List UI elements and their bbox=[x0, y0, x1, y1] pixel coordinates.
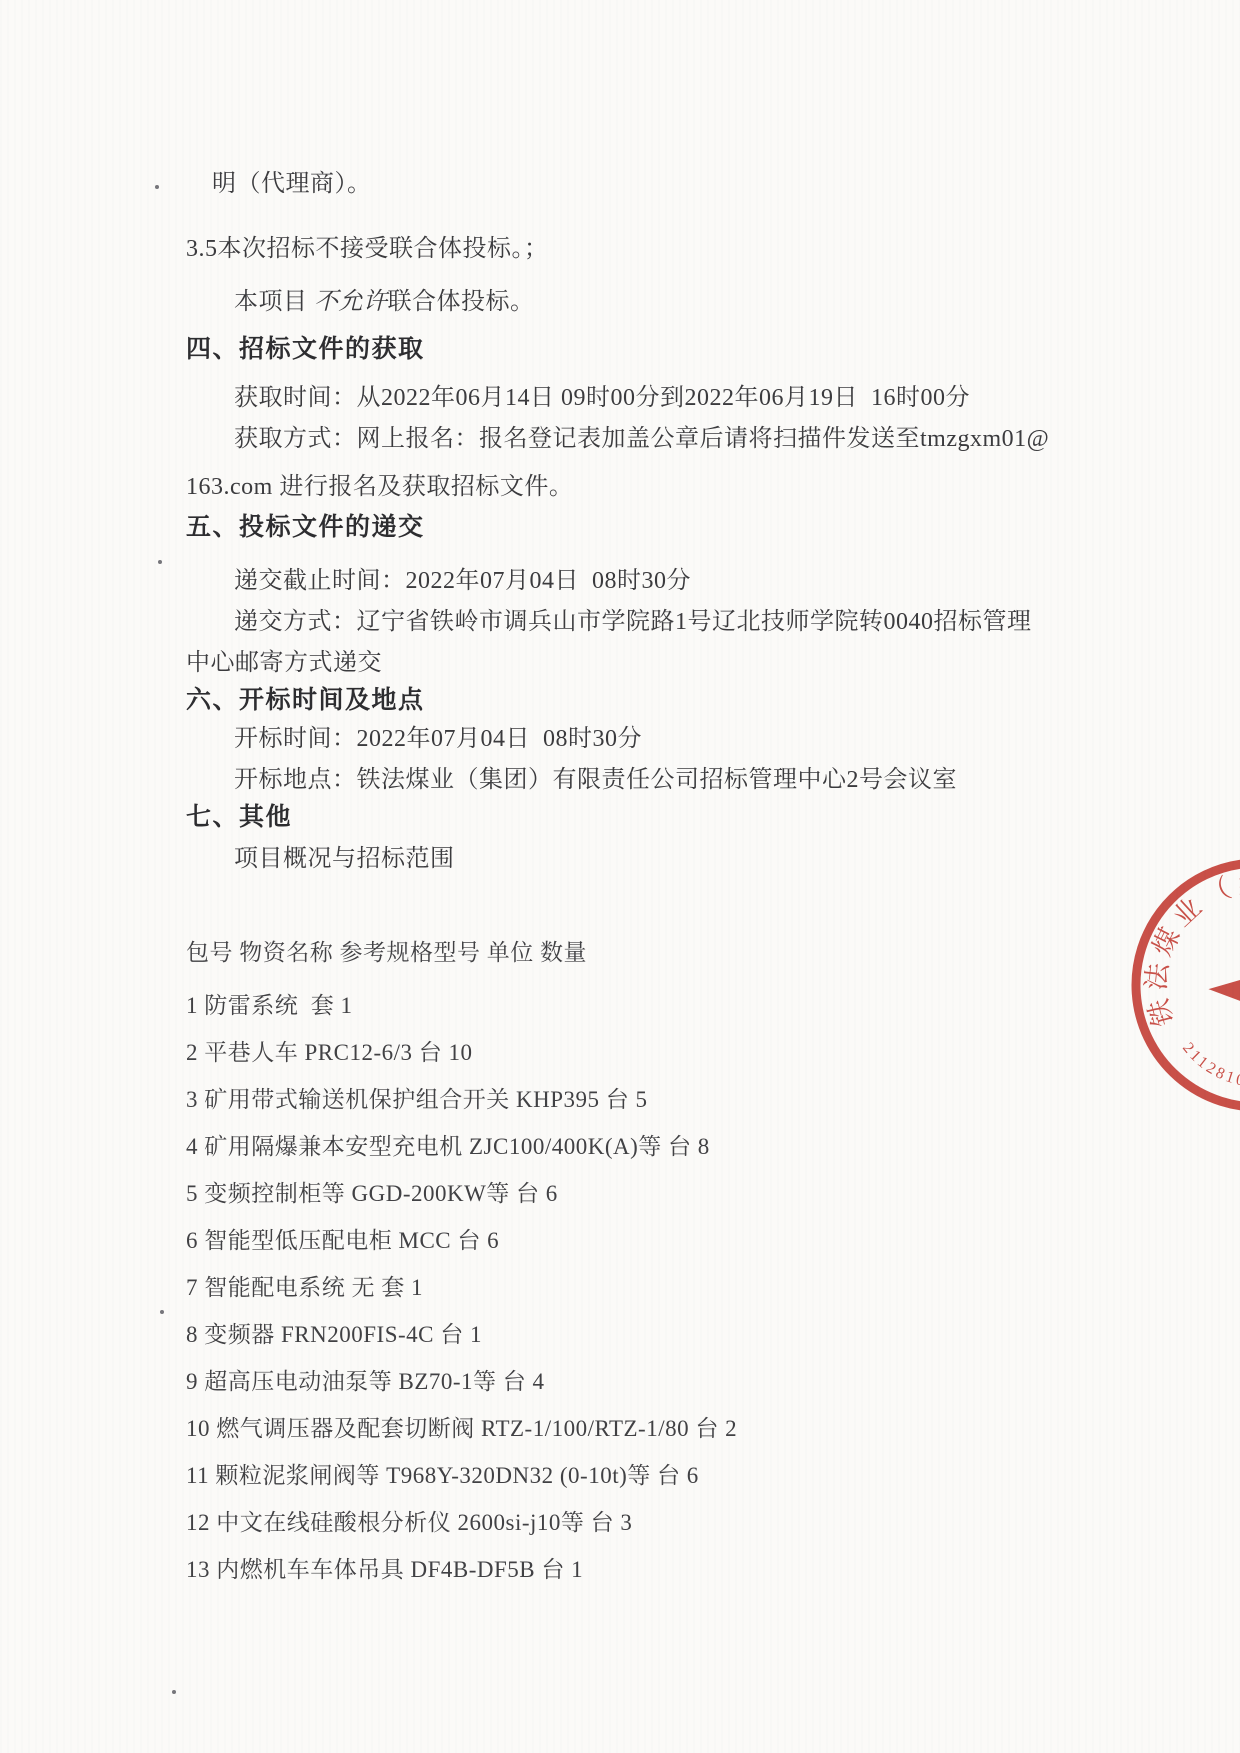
seal-star-icon bbox=[1199, 930, 1240, 1043]
document-line: 163.com 进行报名及获取招标文件。 bbox=[186, 471, 1136, 503]
document-line: 本项目 不允许联合体投标。 bbox=[234, 286, 1136, 318]
document-line: 获取方式：网上报名：报名登记表加盖公章后请将扫描件发送至tmzgxm01@ bbox=[234, 423, 1136, 455]
table-row: 5 变频控制柜等 GGD-200KW等 台 6 bbox=[186, 1178, 1136, 1210]
table-row: 8 变频器 FRN200FIS-4C 台 1 bbox=[186, 1319, 1136, 1351]
table-row: 3 矿用带式输送机保护组合开关 KHP395 台 5 bbox=[186, 1084, 1136, 1116]
text-segment: 本项目 bbox=[234, 289, 314, 315]
table-row: 1 防雷系统 套 1 bbox=[186, 990, 1136, 1022]
scan-speck bbox=[160, 1310, 164, 1314]
scan-speck bbox=[158, 560, 162, 564]
section-heading: 四、招标文件的获取 bbox=[186, 334, 1136, 366]
scan-speck bbox=[155, 185, 159, 189]
section-heading: 五、投标文件的递交 bbox=[186, 512, 1136, 544]
table-row: 11 颗粒泥浆闸阀等 T968Y-320DN32 (0-10t)等 台 6 bbox=[186, 1460, 1136, 1492]
document-line: 3.5本次招标不接受联合体投标。； bbox=[186, 233, 1136, 265]
document-line: 开标地点：铁法煤业（集团）有限责任公司招标管理中心2号会议室 bbox=[234, 764, 1136, 796]
scan-speck bbox=[172, 1690, 176, 1694]
document-line: 递交截止时间：2022年07月04日 08时30分 bbox=[234, 565, 1136, 597]
table-row: 2 平巷人车 PRC12-6/3 台 10 bbox=[186, 1037, 1136, 1069]
table-row: 12 中文在线硅酸根分析仪 2600si-j10等 台 3 bbox=[186, 1507, 1136, 1539]
document-line: 获取时间：从2022年06月14日 09时00分到2022年06月19日 16时… bbox=[234, 382, 1136, 414]
table-row: 13 内燃机车车体吊具 DF4B-DF5B 台 1 bbox=[186, 1554, 1136, 1586]
table-row: 4 矿用隔爆兼本安型充电机 ZJC100/400K(A)等 台 8 bbox=[186, 1131, 1136, 1163]
document-body: 明（代理商）。3.5本次招标不接受联合体投标。；本项目 不允许联合体投标。四、招… bbox=[186, 168, 1136, 1601]
document-line: 项目概况与招标范围 bbox=[234, 843, 1136, 875]
company-seal-stamp: 铁法煤业（集团）有限责任公司 21128100 bbox=[1109, 836, 1240, 1135]
table-row: 7 智能配电系统 无 套 1 bbox=[186, 1272, 1136, 1304]
section-heading: 七、其他 bbox=[186, 802, 1136, 834]
table-header-line: 包号 物资名称 参考规格型号 单位 数量 bbox=[186, 937, 1136, 969]
document-page: 明（代理商）。3.5本次招标不接受联合体投标。；本项目 不允许联合体投标。四、招… bbox=[0, 0, 1240, 1753]
emphasized-text: 不允许 bbox=[314, 289, 388, 315]
document-line: 开标时间：2022年07月04日 08时30分 bbox=[234, 723, 1136, 755]
table-row: 9 超高压电动油泵等 BZ70-1等 台 4 bbox=[186, 1366, 1136, 1398]
document-line: 递交方式：辽宁省铁岭市调兵山市学院路1号辽北技师学院转0040招标管理 bbox=[234, 606, 1136, 638]
document-line: 中心邮寄方式递交 bbox=[186, 647, 1136, 679]
document-line: 明（代理商）。 bbox=[212, 168, 1136, 200]
table-row: 10 燃气调压器及配套切断阀 RTZ-1/100/RTZ-1/80 台 2 bbox=[186, 1413, 1136, 1445]
text-segment: 联合体投标。 bbox=[388, 289, 535, 315]
section-heading: 六、开标时间及地点 bbox=[186, 685, 1136, 717]
table-row: 6 智能型低压配电柜 MCC 台 6 bbox=[186, 1225, 1136, 1257]
